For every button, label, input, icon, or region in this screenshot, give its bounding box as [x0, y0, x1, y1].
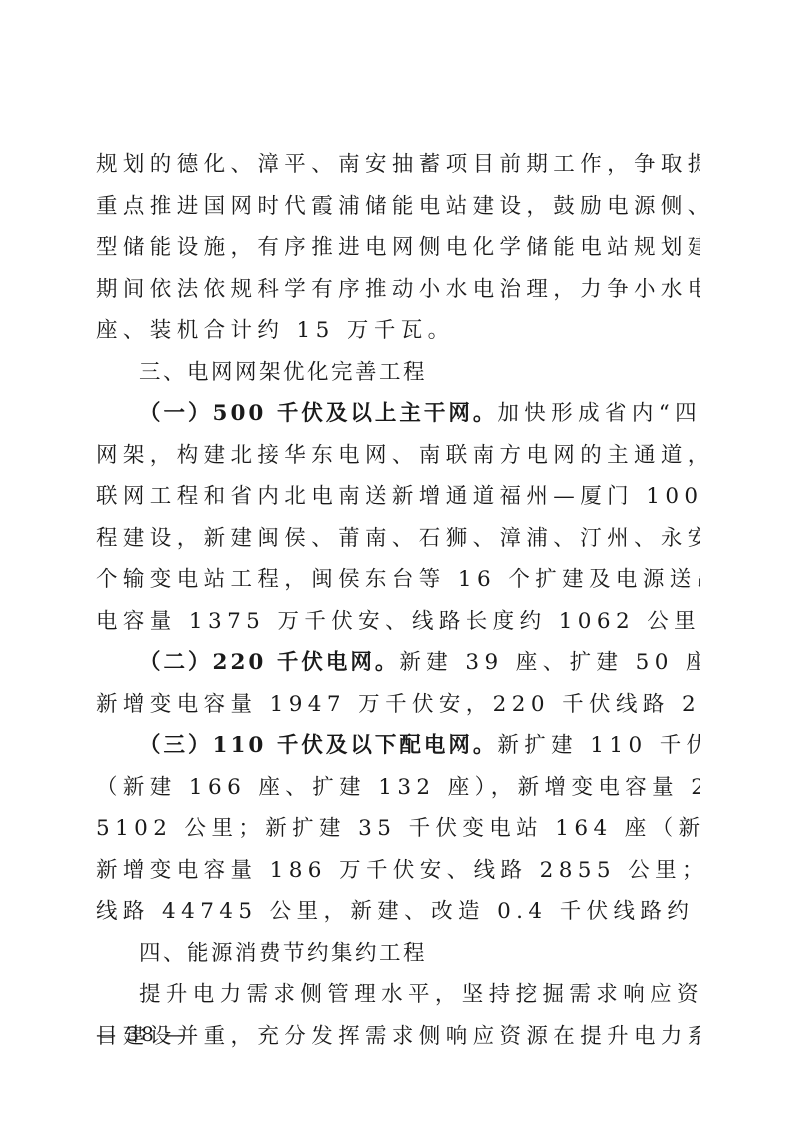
paragraph-line: 规划的德化、漳平、南安抽蓄项目前期工作，争取提前开工建设。: [96, 144, 700, 186]
item-text: 新建 39 座、扩建 50 座 220 千伏变电站，: [399, 650, 700, 675]
paragraph-line: 型储能设施，有序推进电网侧电化学储能电站规划建设。“十四五”: [96, 227, 700, 269]
document-page: 规划的德化、漳平、南安抽蓄项目前期工作，争取提前开工建设。 重点推进国网时代霞浦…: [0, 0, 800, 1133]
paragraph-line: 程建设，新建闽侯、莆南、石狮、漳浦、汀州、永安、福鼎等 7: [96, 518, 700, 560]
item-220kv-first-line: （二）220 千伏电网。新建 39 座、扩建 50 座 220 千伏变电站，: [96, 642, 700, 684]
item-text: 新扩建 110 千伏变电站 298 座: [497, 733, 700, 758]
paragraph-line: （新建 166 座、扩建 132 座），新增变电容量 2408 万千伏安、线路: [96, 767, 700, 809]
item-title: （三）110 千伏及以下配电网。: [139, 733, 497, 758]
item-110kv-first-line: （三）110 千伏及以下配电网。新扩建 110 千伏变电站 298 座: [96, 725, 700, 767]
item-title: （一）500 千伏及以上主干网。: [139, 401, 497, 426]
paragraph-line: 5102 公里；新扩建 35 千伏变电站 164 座（新建 79 座、扩建 85…: [96, 808, 700, 850]
paragraph-line: 期间依法依规科学有序推动小水电治理，力争小水电退出约 200: [96, 269, 700, 311]
item-title: （二）220 千伏电网。: [139, 650, 399, 675]
document-body: 规划的德化、漳平、南安抽蓄项目前期工作，争取提前开工建设。 重点推进国网时代霞浦…: [96, 144, 700, 1057]
section-heading-energy-consumption: 四、能源消费节约集约工程: [96, 933, 700, 975]
paragraph-line: 线路 44745 公里，新建、改造 0.4 千伏线路约 23659 公里。: [96, 891, 700, 933]
paragraph-line: 新增变电容量 1947 万千伏安，220 千伏线路 2456 公里。: [96, 684, 700, 726]
paragraph-line: 提升电力需求侧管理水平，坚持挖掘需求响应资源与发电侧项: [96, 974, 700, 1016]
paragraph-line: 联网工程和省内北电南送新增通道福州—厦门 1000 千伏输变电工: [96, 476, 700, 518]
paragraph-line: 新增变电容量 186 万千伏安、线路 2855 公里；新建、改造 10 千伏: [96, 850, 700, 892]
paragraph-line: 重点推进国网时代霞浦储能电站建设，鼓励电源侧、用户侧配建新: [96, 186, 700, 228]
paragraph-line: 目建设并重，充分发挥需求侧响应资源在提升电力系统可靠性、促: [96, 1016, 700, 1058]
paragraph-line: 个输变电站工程，闽侯东台等 16 个扩建及电源送出工程，新增变: [96, 559, 700, 601]
paragraph-line: 网架，构建北接华东电网、南联南方电网的主通道，重点推进闽粤: [96, 435, 700, 477]
paragraph-line: 电容量 1375 万千伏安、线路长度约 1062 公里。: [96, 601, 700, 643]
page-number: — 38 —: [96, 1022, 186, 1046]
paragraph-line: 座、装机合计约 15 万千瓦。: [96, 310, 700, 352]
item-500kv-first-line: （一）500 千伏及以上主干网。加快形成省内“四纵三横”主: [96, 393, 700, 435]
section-heading-grid-optimization: 三、电网网架优化完善工程: [96, 352, 700, 394]
item-text: 加快形成省内“四纵三横”主: [497, 401, 700, 426]
